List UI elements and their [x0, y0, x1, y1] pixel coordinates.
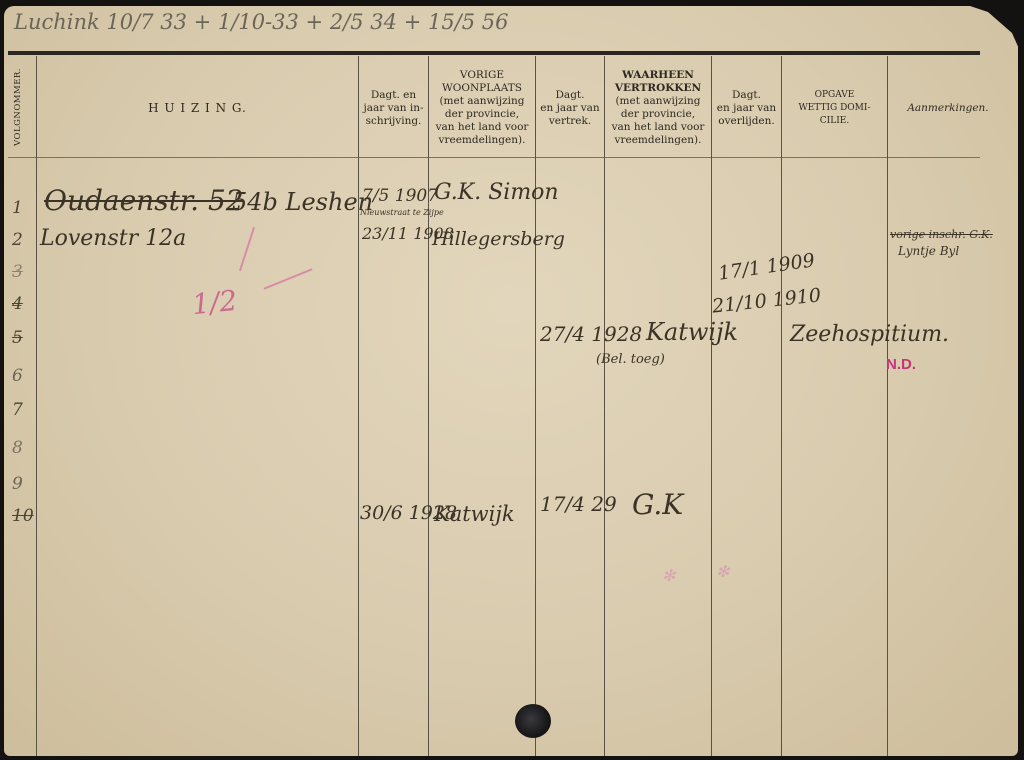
header-overlijden: Dagt.en jaar vanoverlijden. — [712, 60, 781, 156]
faint-stamp-residue-2: ✻ — [716, 562, 729, 581]
row5-waarheen-sub: (Bel. toeg) — [596, 352, 665, 367]
divider-vorige — [535, 56, 536, 756]
row-number-8: 8 — [12, 438, 36, 458]
divider-waarheen — [711, 56, 712, 756]
header-domicilie: OPGAVEWETTIG DOMI-CILIE. — [782, 60, 887, 156]
header-huizing: H U I Z I N G. — [37, 60, 358, 156]
header-bottom-rule — [8, 157, 980, 158]
header-aanmerkingen: Aanmerkingen. — [888, 60, 1008, 156]
row-number-3: 3 — [12, 262, 36, 282]
row5-waarheen: Katwijk — [646, 318, 738, 346]
faint-stamp-residue-1: ✻ — [662, 566, 675, 585]
row1-vorige-woonplaats: G.K. Simon — [434, 180, 559, 205]
divider-volgnommer — [36, 56, 37, 756]
divider-huizing — [358, 56, 359, 756]
divider-inschrijving — [428, 56, 429, 756]
row5-domicilie: Zeehospitium. — [790, 322, 949, 347]
row10-waarheen: G.K — [632, 488, 683, 521]
punch-hole — [515, 704, 551, 738]
header-waarheen: WAARHEENVERTROKKEN(met aanwijzingder pro… — [605, 60, 711, 156]
row1-huizing: 54b Leshen — [232, 188, 373, 216]
row-number-2: 2 — [12, 230, 36, 250]
header-volgnommer: VOLGNOMMER. — [10, 62, 26, 152]
divider-overlijden — [781, 56, 782, 756]
row-number-6: 6 — [12, 366, 36, 386]
header-top-rule — [8, 51, 980, 55]
nd-stamp: N.D. — [886, 356, 916, 373]
row2-vorige-woonplaats: Hillegersberg — [432, 228, 565, 250]
header-inschrijving: Dagt. enjaar van in-schrijving. — [359, 60, 428, 156]
row-number-1: 1 — [12, 198, 36, 218]
row-number-4: 4 — [12, 294, 36, 314]
row-number-9: 9 — [12, 474, 36, 494]
row10-vertrek: 17/4 29 — [540, 492, 617, 516]
header-vorige-woonplaats: VORIGEWOONPLAATS(met aanwijzingder provi… — [429, 60, 535, 156]
aanmerking-line-1: vorige inschr. G.K. — [890, 228, 993, 241]
divider-vertrek — [604, 56, 605, 756]
row-number-5: 5 — [12, 328, 36, 348]
aanmerking-line-2: Lyntje Byl — [898, 244, 959, 258]
row5-vertrek: 27/4 1928 — [540, 322, 642, 346]
row10-vorige-woonplaats: Katwijk — [434, 502, 515, 526]
row1-note-small: Nieuwstraat te Zijpe — [360, 208, 444, 217]
pencil-fraction-mark: 1/2 — [190, 284, 238, 322]
divider-domicilie — [887, 56, 888, 756]
top-annotation: Luchink 10/7 33 + 1/10-33 + 2/5 34 + 15/… — [14, 10, 509, 34]
row-number-7: 7 — [12, 400, 36, 420]
row1-huizing-struck: Oudaenstr. 52 — [44, 184, 244, 217]
row2-huizing: Lovenstr 12a — [40, 226, 186, 251]
row-number-10: 10 — [12, 506, 36, 526]
header-vertrek: Dagt.en jaar vanvertrek. — [536, 60, 604, 156]
row1-inschrijving: 7/5 1907 — [362, 186, 438, 206]
